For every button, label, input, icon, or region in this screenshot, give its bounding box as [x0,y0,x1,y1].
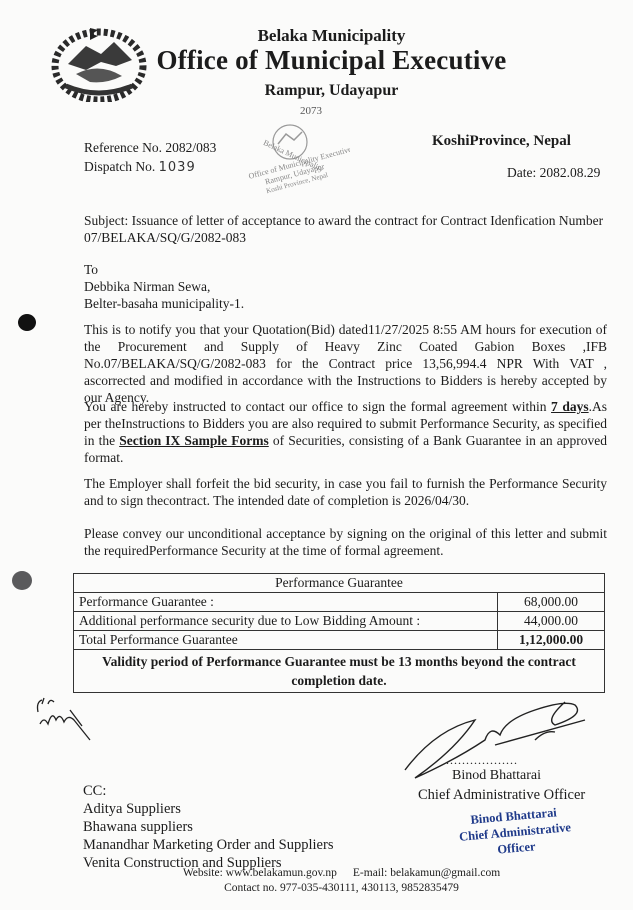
recipient-name: Debbika Nirman Sewa, [84,278,607,295]
signatory-stamp: Binod Bhattarai Chief Administrative Off… [438,802,592,863]
days-emphasis: 7 days [551,399,589,414]
footer-website: Website: www.belakamun.gov.np [183,867,337,879]
paragraph-forfeit: The Employer shall forfeit the bid secur… [84,475,607,509]
list-item: Manandhar Marketing Order and Suppliers [83,836,333,854]
table-title: Performance Guarantee [74,574,605,593]
letter-date: Date: 2082.08.29 [507,165,600,181]
office-location: Rampur, Udayapur [0,82,633,100]
province: KoshiProvince, Nepal [432,133,571,150]
section-reference: Section IX Sample Forms [119,433,269,448]
footer-contact: Contact no. 977-035-430111, 430113, 9852… [50,881,633,896]
punch-hole-mark [12,571,32,590]
footer-email: E-mail: belakamun@gmail.com [353,867,500,879]
performance-guarantee-table: Performance Guarantee Performance Guaran… [73,573,605,693]
svg-text:2073: 2073 [300,105,323,117]
reference-number: Reference No. 2082/083 [84,138,216,157]
reference-block: Reference No. 2082/083 Dispatch No. 1039 [84,138,216,177]
paragraph-acceptance: This is to notify you that your Quotatio… [84,321,607,406]
table-row: Performance Guarantee :68,000.00 [74,593,605,612]
office-seal-stamp-icon: 2073 Belaka Municipality Office of Munic… [240,102,350,194]
punch-hole-mark [18,314,36,331]
municipality-name: Belaka Municipality [0,26,633,46]
office-title: Office of Municipal Executive [0,45,633,76]
dispatch-number: Dispatch No. 1039 [84,157,216,177]
cc-list: CC: Aditya Suppliers Bhawana suppliers M… [83,782,333,872]
recipient-block: To Debbika Nirman Sewa, Belter-basaha mu… [84,261,607,312]
recipient-address: Belter-basaha municipality-1. [84,295,607,312]
list-item: Aditya Suppliers [83,800,333,818]
table-row: Additional performance security due to L… [74,612,605,631]
paragraph-convey: Please convey our unconditional acceptan… [84,525,607,559]
list-item: Bhawana suppliers [83,818,333,836]
subject-line: Subject: Issuance of letter of acceptanc… [84,212,607,246]
handwritten-note-icon [30,690,120,745]
paragraph-instructions: You are hereby instructed to contact our… [84,398,607,466]
table-row-total: Total Performance Guarantee1,12,000.00 [74,631,605,650]
cc-label: CC: [83,782,333,800]
signature-line: .................. [446,753,518,768]
signatory-name: Binod Bhattarai [452,768,541,784]
footer: Website: www.belakamun.gov.npE-mail: bel… [0,866,633,896]
validity-note: Validity period of Performance Guarantee… [74,650,605,693]
signatory-title: Chief Administrative Officer [418,787,585,804]
